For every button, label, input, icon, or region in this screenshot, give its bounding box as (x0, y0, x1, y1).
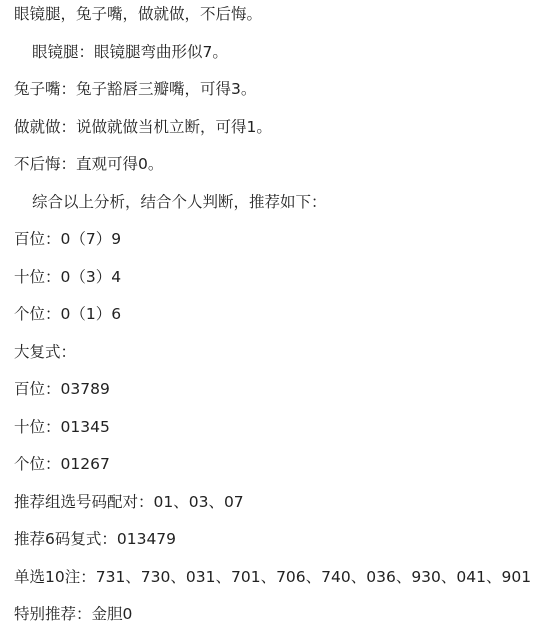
big-compound-heading: 大复式： (14, 341, 553, 379)
clue-no-regret: 不后悔：直观可得0。 (14, 153, 553, 191)
single-ten-bets: 单选10注：731、730、031、701、706、740、036、930、04… (14, 566, 553, 604)
group-pairs: 推荐组选号码配对：01、03、07 (14, 491, 553, 529)
clue-rabbit-mouth: 兔子嘴：兔子豁唇三瓣嘴，可得3。 (14, 78, 553, 116)
riddle-line: 眼镜腿，兔子嘴，做就做，不后悔。 (14, 3, 553, 41)
compound-tens: 十位：01345 (14, 416, 553, 454)
compound-hundreds: 百位：03789 (14, 378, 553, 416)
document-body: 眼镜腿，兔子嘴，做就做，不后悔。 眼镜腿：眼镜腿弯曲形似7。 兔子嘴：兔子豁唇三… (14, 3, 553, 635)
clue-just-do-it: 做就做：说做就做当机立断，可得1。 (14, 116, 553, 154)
six-code-compound: 推荐6码复式：013479 (14, 528, 553, 566)
units-pick: 个位：0（1）6 (14, 303, 553, 341)
tens-pick: 十位：0（3）4 (14, 266, 553, 304)
clue-glasses-leg: 眼镜腿：眼镜腿弯曲形似7。 (14, 41, 553, 79)
summary-intro: 综合以上分析，结合个人判断，推荐如下： (14, 191, 553, 229)
hundreds-pick: 百位：0（7）9 (14, 228, 553, 266)
special-recommendation: 特别推荐：金胆0 (14, 603, 553, 635)
compound-units: 个位：01267 (14, 453, 553, 491)
